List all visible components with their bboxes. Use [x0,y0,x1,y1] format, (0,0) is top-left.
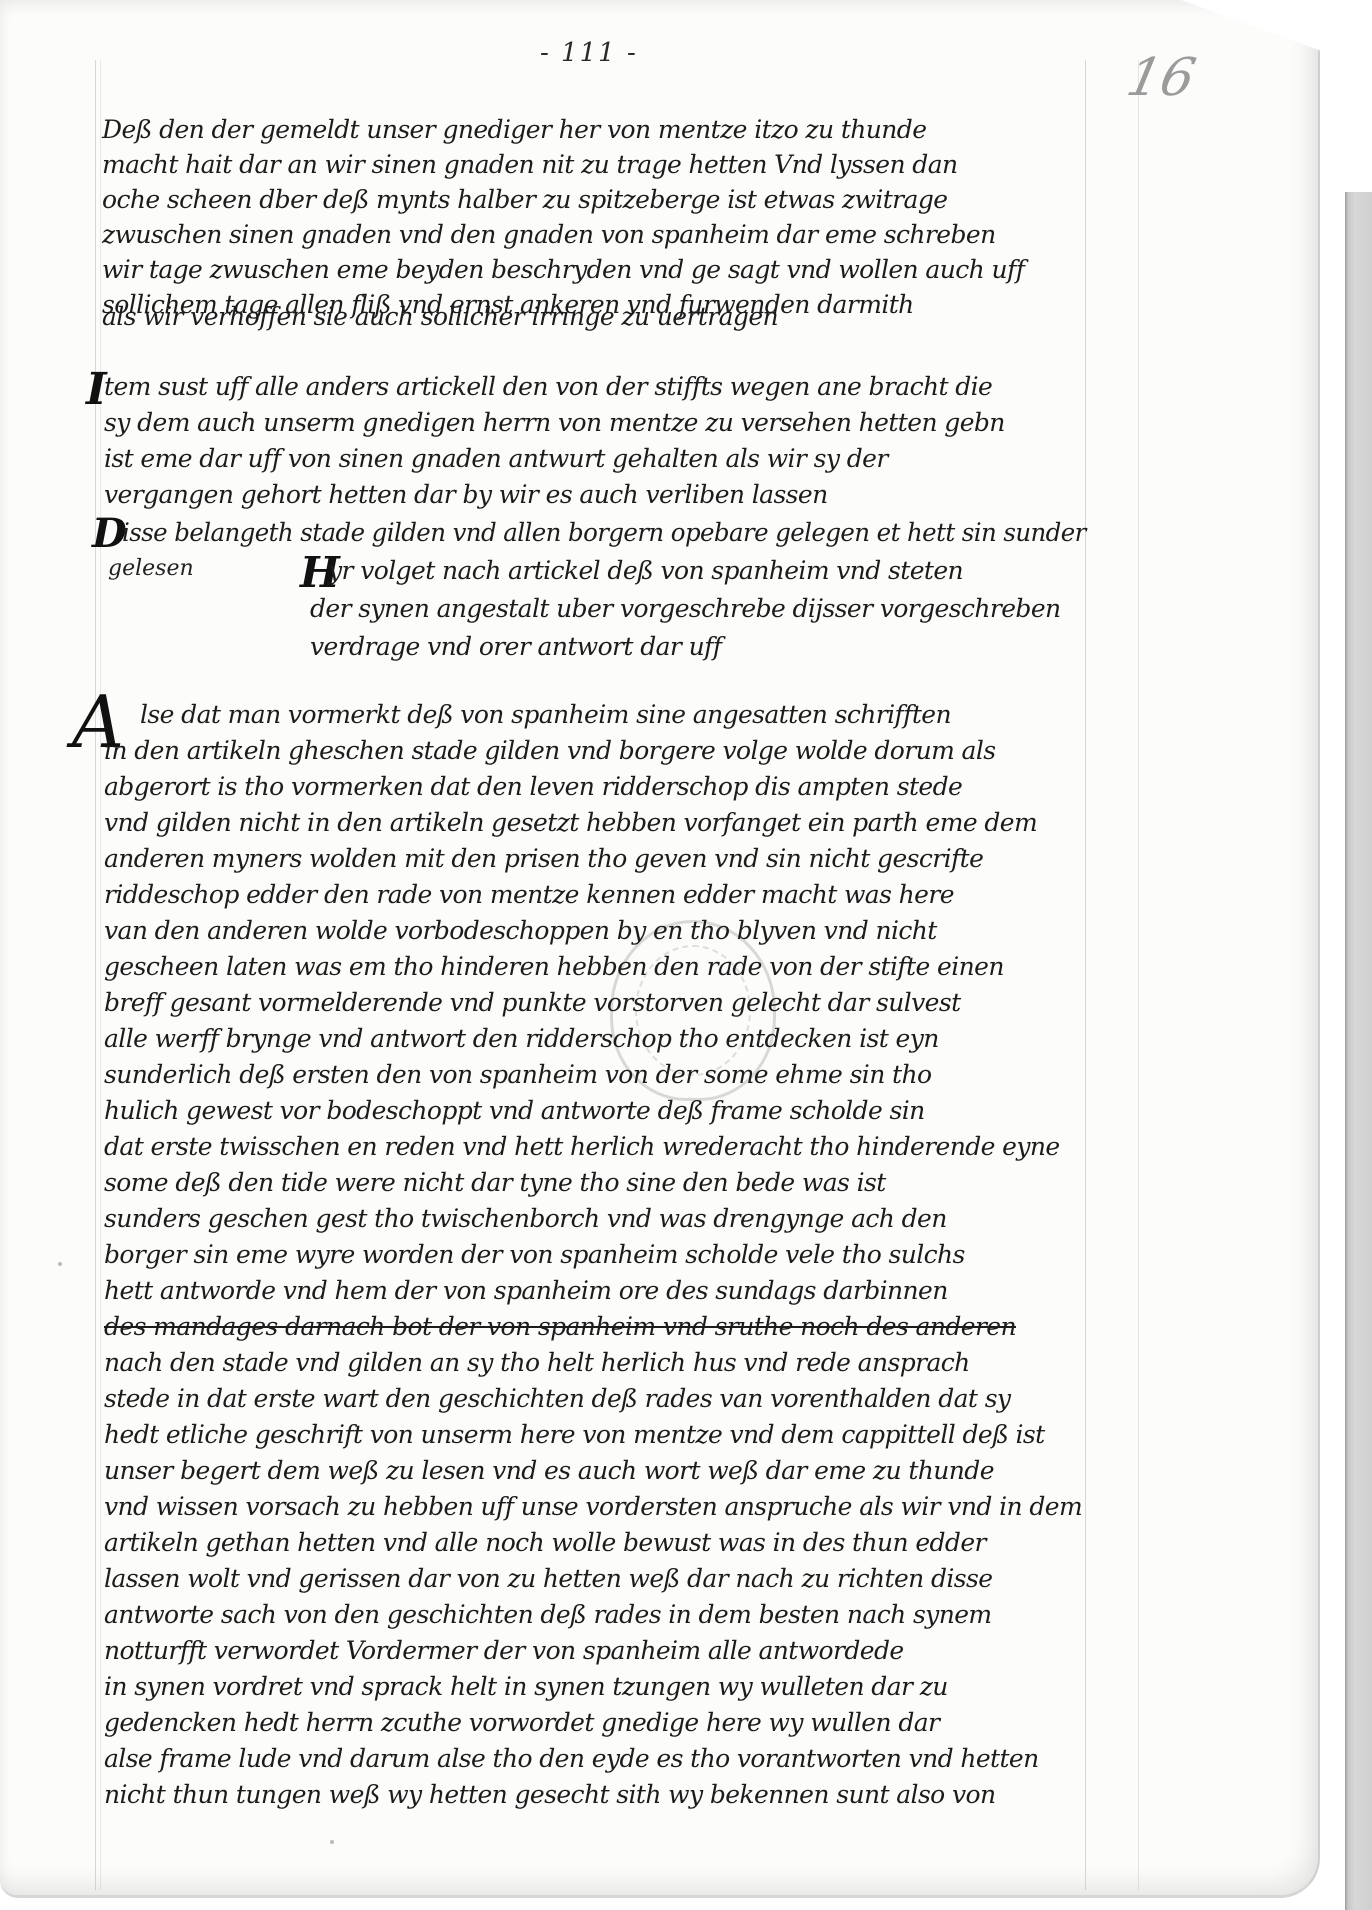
ink-speck [330,1840,334,1844]
text-line: sy dem auch unserm gnedigen herrn von me… [104,408,1005,437]
margin-rule-right-outer [1138,60,1139,1890]
manuscript-scan: - 111 - 16 Deß den der gemeldt unser gne… [0,0,1372,1910]
text-line: vergangen gehort hetten dar by wir es au… [104,480,828,509]
next-page-edge [1345,192,1372,1910]
margin-rule-left [95,60,96,1890]
text-line: some deß den tide were nicht dar tyne th… [104,1168,886,1197]
text-line: sunders geschen gest tho twischenborch v… [104,1204,947,1233]
text-line-struck: des mandages darnach bot der von spanhei… [104,1312,1016,1341]
text-line: ist eme dar uff von sinen gnaden antwurt… [104,444,888,473]
text-line: unser begert dem weß zu lesen vnd es auc… [104,1456,994,1485]
text-line: yr volget nach artickel deß von spanheim… [328,556,963,585]
text-line: lse dat man vormerkt deß von spanheim si… [140,700,951,729]
text-line: van den anderen wolde vorbodeschoppen by… [104,916,937,945]
text-line: alle werff brynge vnd antwort den ridder… [104,1024,939,1053]
text-line: hett antworde vnd hem der von spanheim o… [104,1276,948,1305]
text-line: riddeschop edder den rade von mentze ken… [104,880,954,909]
text-line: sunderlich deß ersten den von spanheim v… [104,1060,931,1089]
ink-speck [58,1262,62,1266]
margin-rule-left-inner [100,60,101,1890]
text-line: zwuschen sinen gnaden vnd den gnaden von… [102,220,996,249]
text-line: abgerort is tho vormerken dat den leven … [104,772,962,801]
text-line: lassen wolt vnd gerissen dar von zu hett… [104,1564,992,1593]
text-line: dat erste twisschen en reden vnd hett he… [104,1132,1060,1161]
paper-torn-corner [1180,0,1320,60]
page-number: - 111 - [540,38,638,68]
folio-number-pencil: 16 [1122,48,1201,108]
text-line: in synen vordret vnd sprack helt in syne… [104,1672,948,1701]
text-line: notturfft verwordet Vordermer der von sp… [104,1636,904,1665]
text-line: als wir verhoffen sie auch sollicher irr… [102,302,778,331]
text-line: antworte sach von den geschichten deß ra… [104,1600,992,1629]
text-line: hulich gewest vor bodeschoppt vnd antwor… [104,1096,925,1125]
text-line: hedt etliche geschrift von unserm here v… [104,1420,1045,1449]
text-line: gescheen laten was em tho hinderen hebbe… [104,952,1004,981]
text-line: breff gesant vormelderende vnd punkte vo… [104,988,961,1017]
margin-rule-right [1085,60,1086,1890]
text-line: nicht thun tungen weß wy hetten gesecht … [104,1780,995,1809]
text-line: verdrage vnd orer antwort dar uff [310,632,721,661]
text-line: macht hait dar an wir sinen gnaden nit z… [102,150,958,179]
text-line: oche scheen dber deß mynts halber zu spi… [102,185,947,214]
text-line: vnd wissen vorsach zu hebben uff unse vo… [104,1492,1082,1521]
margin-note: gelesen [108,556,194,581]
text-line: der synen angestalt uber vorgeschrebe di… [310,594,1061,623]
text-line: in den artikeln gheschen stade gilden vn… [104,736,995,765]
text-line: stede in dat erste wart den geschichten … [104,1384,1010,1413]
text-line: tem sust uff alle anders artickell den v… [104,372,992,401]
text-line: vnd gilden nicht in den artikeln gesetzt… [104,808,1037,837]
text-line: anderen myners wolden mit den prisen tho… [104,844,983,873]
text-line: nach den stade vnd gilden an sy tho helt… [104,1348,970,1377]
text-line: wir tage zwuschen eme beyden beschryden … [102,255,1024,284]
text-line: isse belangeth stade gilden vnd allen bo… [122,518,1086,547]
text-line: artikeln gethan hetten vnd alle noch wol… [104,1528,986,1557]
text-line: gedencken hedt herrn zcuthe vorwordet gn… [104,1708,939,1737]
text-line: Deß den der gemeldt unser gnediger her v… [102,115,926,144]
text-line: borger sin eme wyre worden der von spanh… [104,1240,965,1269]
text-line: alse frame lude vnd darum alse tho den e… [104,1744,1039,1773]
